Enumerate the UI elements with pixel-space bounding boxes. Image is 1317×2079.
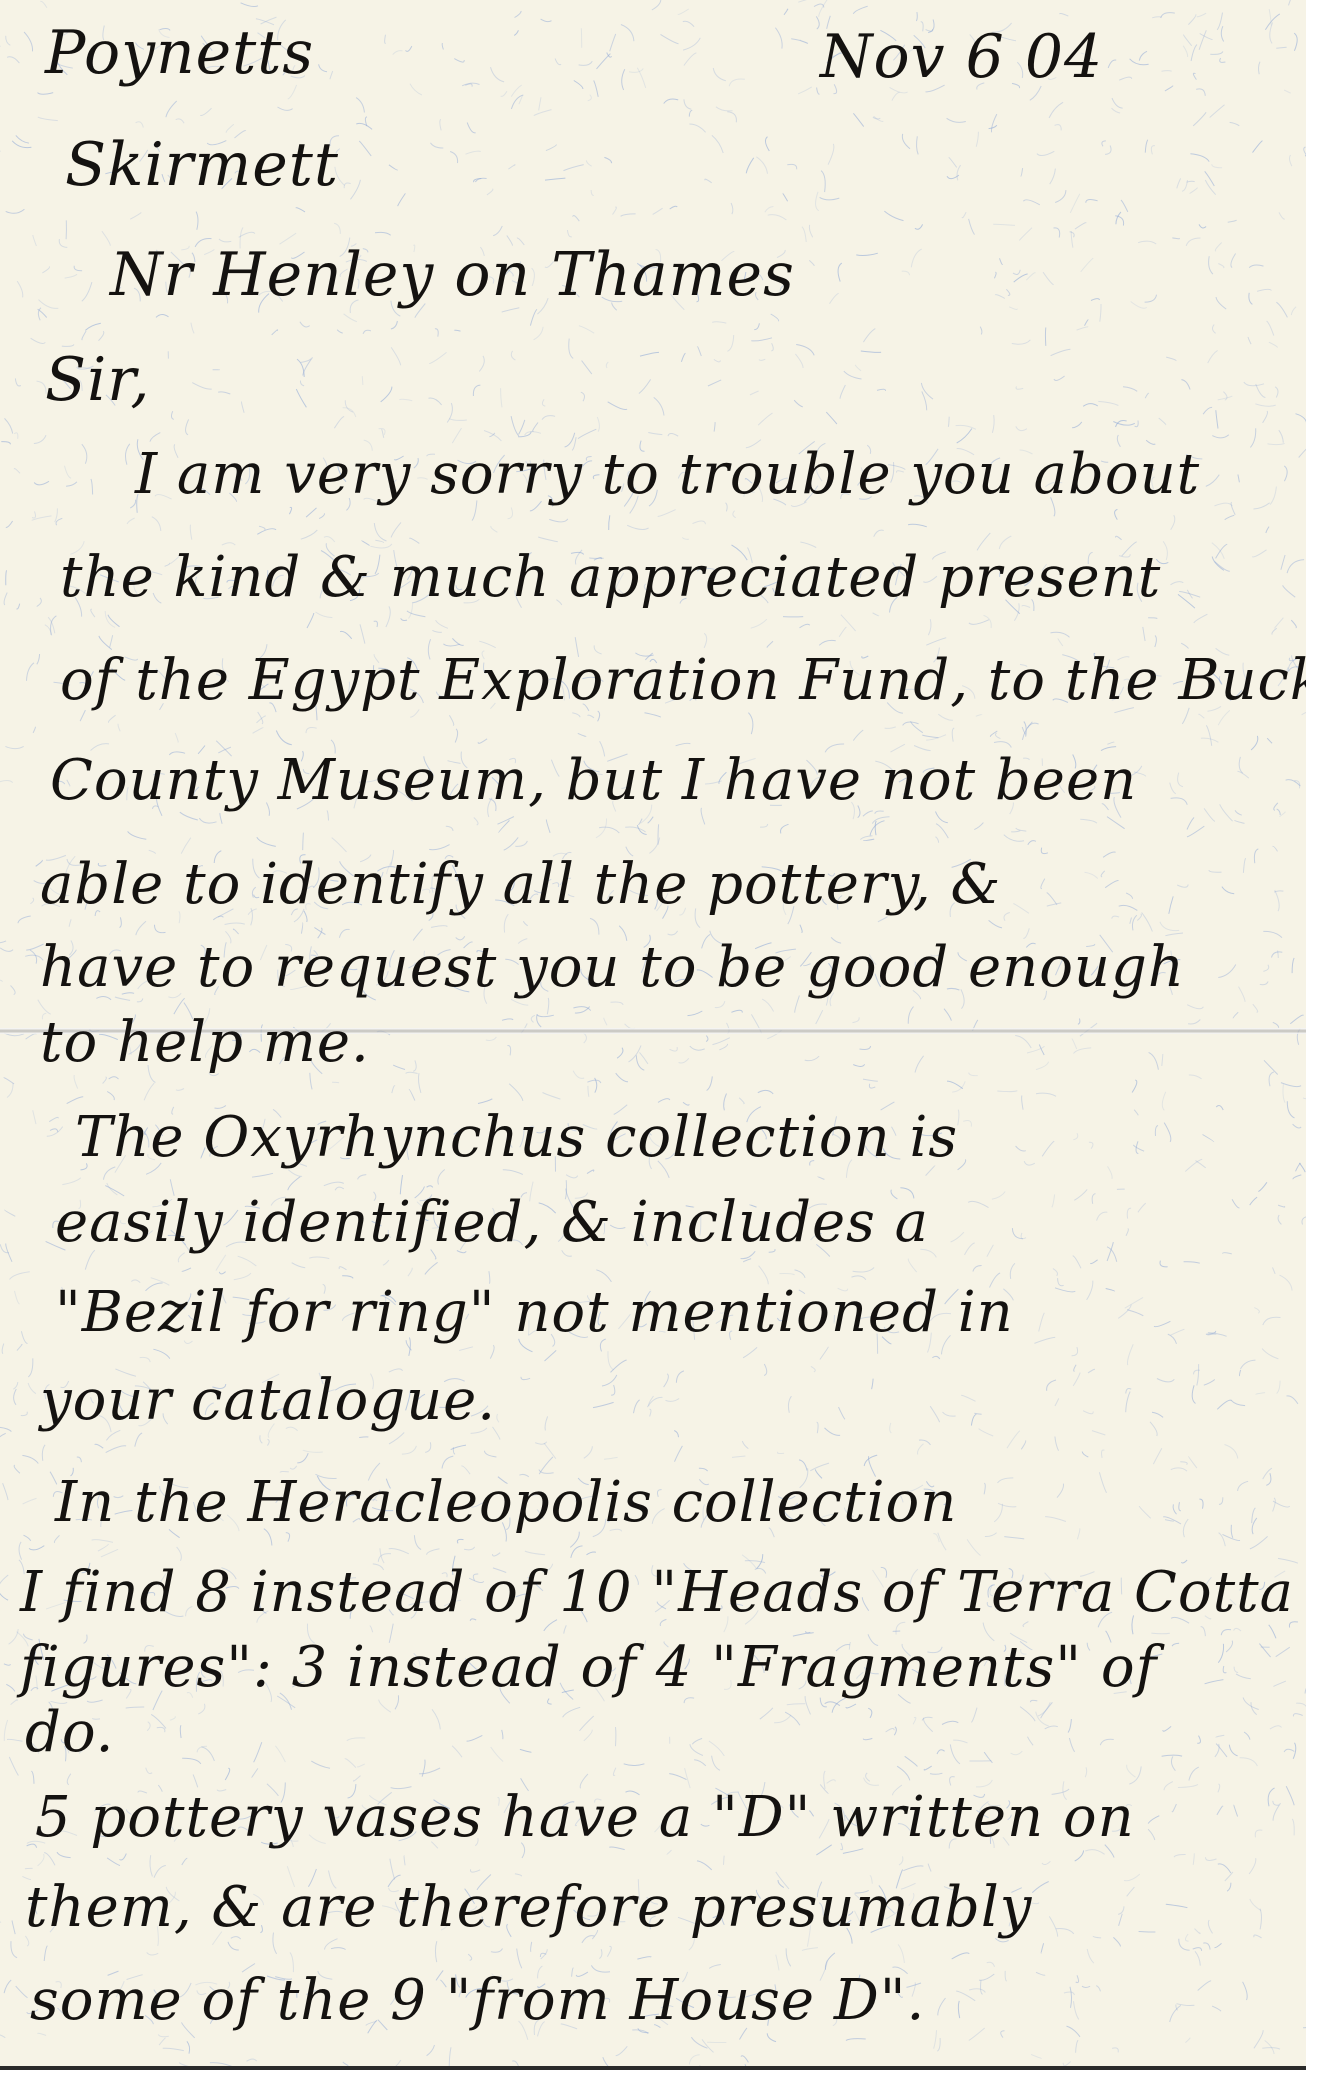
body-line: I find 8 instead of 10 "Heads of Terra C… bbox=[20, 1560, 1294, 1625]
body-line: your catalogue. bbox=[40, 1368, 496, 1433]
body-line: I am very sorry to trouble you about bbox=[135, 442, 1200, 507]
body-line: County Museum, but I have not been bbox=[50, 748, 1137, 813]
body-line: "Bezil for ring" not mentioned in bbox=[55, 1280, 1014, 1345]
body-line: 5 pottery vases have a "D" written on bbox=[35, 1785, 1135, 1850]
body-line: do. bbox=[25, 1700, 114, 1765]
body-line: easily identified, & includes a bbox=[55, 1190, 929, 1255]
body-line: of the Egypt Exploration Fund, to the Bu… bbox=[60, 648, 1306, 713]
letter-page: Poynetts Nov 6 04 Skirmett Nr Henley on … bbox=[0, 0, 1306, 2070]
body-line: them, & are therefore presumably bbox=[25, 1875, 1032, 1940]
body-line: The Oxyrhynchus collection is bbox=[75, 1105, 958, 1170]
address-line-3: Nr Henley on Thames bbox=[110, 240, 795, 310]
body-line: have to request you to be good enough bbox=[40, 935, 1185, 1000]
body-line: to help me. bbox=[40, 1010, 370, 1075]
address-line-2: Skirmett bbox=[65, 130, 339, 200]
body-line: some of the 9 "from House D". bbox=[30, 1968, 925, 2033]
address-line-1: Poynetts bbox=[45, 18, 314, 88]
body-line: figures": 3 instead of 4 "Fragments" of bbox=[20, 1635, 1157, 1700]
body-line: the kind & much appreciated present bbox=[60, 545, 1161, 610]
body-line: In the Heracleopolis collection bbox=[55, 1470, 957, 1535]
salutation: Sir, bbox=[45, 345, 150, 415]
letter-date: Nov 6 04 bbox=[820, 22, 1103, 92]
body-line: able to identify all the pottery, & bbox=[40, 852, 1001, 917]
